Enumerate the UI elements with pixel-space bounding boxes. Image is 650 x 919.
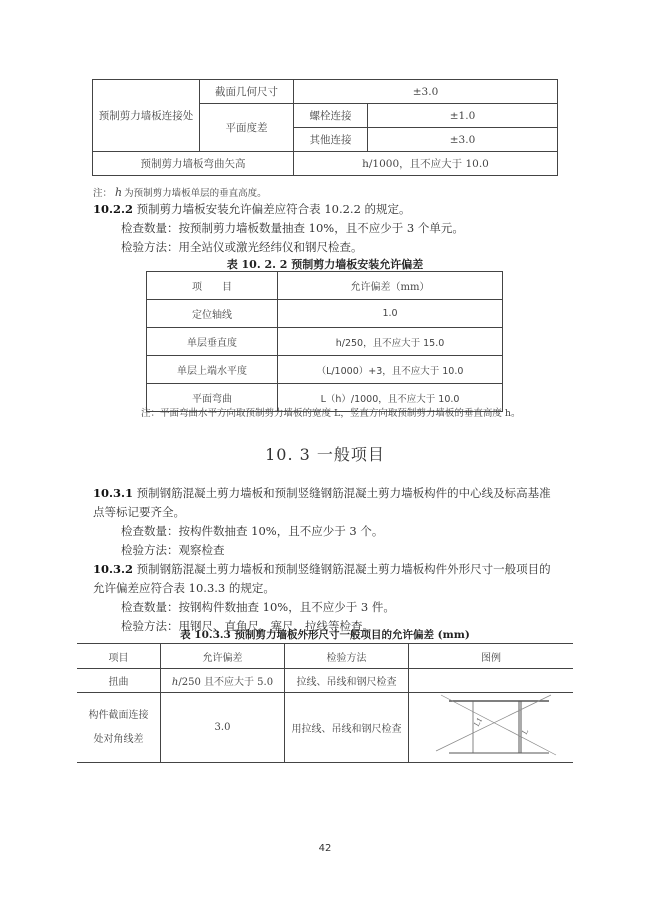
cell-figure: L1 L (409, 693, 574, 763)
cell-value: h/250，且不应大于 15.0 (278, 328, 503, 356)
header-figure: 图例 (409, 644, 574, 669)
diagram-label: L (521, 728, 530, 736)
cell-value: h/1000，且不应大于 10.0 (294, 152, 558, 176)
cell-tolerance: h/250 且不应大于 5.0 (161, 669, 285, 693)
table-caption: 表 10. 2. 2 预制剪力墙板安装允许偏差 (0, 256, 650, 272)
cell-item: 预制剪力墙板弯曲矢高 (93, 152, 294, 176)
cell-value: （L/1000）+3，且不应大于 10.0 (278, 356, 503, 384)
cell-sub: 截面几何尺寸 (200, 80, 294, 104)
clause-number: 10.3.2 (93, 562, 133, 576)
header-item: 项目 (77, 644, 161, 669)
table-caption: 表 10.3.3 预制剪力墙板外形尺寸一般项目的允许偏差 (mm) (0, 627, 650, 642)
clause-10-3-1: 10.3.1 预制钢筋混凝土剪力墙板和预制竖缝钢筋混凝土剪力墙板构件的中心线及标… (93, 484, 551, 503)
item-line: 处对角线差 (77, 728, 160, 752)
table-note: 注： h为预制剪力墙板单层的垂直高度。 (93, 185, 267, 199)
cell-item: 预制剪力墙板连接处 (93, 80, 200, 152)
header-item: 项 目 (147, 272, 278, 300)
diagonal-diagram-icon: L1 L (421, 693, 561, 759)
installation-tolerance-table: 项 目 允许偏差（mm） 定位轴线 1.0 单层垂直度 h/250，且不应大于 … (146, 271, 503, 412)
diagram-label: L1 (473, 716, 484, 728)
check-method: 检验方法：观察检查 (121, 541, 225, 560)
header-tolerance: 允许偏差（mm） (278, 272, 503, 300)
clause-text: 预制剪力墙板安装允许偏差应符合表 10.2.2 的规定。 (137, 202, 411, 216)
clause-text: 预制钢筋混凝土剪力墙板和预制竖缝钢筋混凝土剪力墙板构件外形尺寸一般项目的 (137, 562, 551, 576)
note-var: h (115, 186, 122, 199)
cell-tolerance: 3.0 (161, 693, 285, 763)
cell-method: 拉线、吊线和钢尺检查 (285, 669, 409, 693)
header-tolerance: 允许偏差 (161, 644, 285, 669)
check-quantity: 检查数量：按预制剪力墙板数量抽查 10%，且不应少于 3 个单元。 (121, 219, 464, 238)
clause-number: 10.3.1 (93, 486, 133, 500)
cell-value: 1.0 (278, 300, 503, 328)
check-method: 检验方法：用全站仪或激光经纬仪和钢尺检查。 (121, 238, 363, 257)
header-method: 检验方法 (285, 644, 409, 669)
connection-tolerance-table: 预制剪力墙板连接处 截面几何尺寸 ±3.0 平面度差 螺栓连接 ±1.0 其他连… (92, 79, 558, 176)
cell-sub: 平面度差 (200, 104, 294, 152)
check-quantity: 检查数量：按构件数抽查 10%，且不应少于 3 个。 (121, 522, 383, 541)
section-title: 10. 3 一般项目 (0, 442, 650, 465)
clause-text-cont: 允许偏差应符合表 10.3.3 的规定。 (93, 579, 275, 598)
clause-text: 预制钢筋混凝土剪力墙板和预制竖缝钢筋混凝土剪力墙板构件的中心线及标高基准 (137, 486, 551, 500)
check-quantity: 检查数量：按钢构件数抽查 10%，且不应少于 3 件。 (121, 598, 395, 617)
cell-subsub: 螺栓连接 (294, 104, 368, 128)
page-number: 42 (0, 843, 650, 854)
cell-item: 定位轴线 (147, 300, 278, 328)
cell-item: 扭曲 (77, 669, 161, 693)
clause-text-cont: 点等标记要齐全。 (93, 503, 185, 522)
cell-value: ±1.0 (368, 104, 558, 128)
cell-item: 单层上端水平度 (147, 356, 278, 384)
cell-item: 构件截面连接 处对角线差 (77, 693, 161, 763)
cell-subsub: 其他连接 (294, 128, 368, 152)
cell-method: 用拉线、吊线和钢尺检查 (285, 693, 409, 763)
note-text: 为预制剪力墙板单层的垂直高度。 (124, 188, 267, 199)
clause-10-3-2: 10.3.2 预制钢筋混凝土剪力墙板和预制竖缝钢筋混凝土剪力墙板构件外形尺寸一般… (93, 560, 551, 579)
shape-tolerance-table: 项目 允许偏差 检验方法 图例 扭曲 h/250 且不应大于 5.0 拉线、吊线… (77, 643, 573, 763)
cell-value: ±3.0 (368, 128, 558, 152)
cell-value: ±3.0 (294, 80, 558, 104)
clause-10-2-2: 10.2.2 预制剪力墙板安装允许偏差应符合表 10.2.2 的规定。 (93, 200, 411, 219)
clause-number: 10.2.2 (93, 202, 133, 216)
table-note: 注：平面弯曲水平方向取预制剪力墙板的宽度 L，竖直方向取预制剪力墙板的垂直高度 … (141, 405, 520, 419)
cell-figure (409, 669, 574, 693)
cell-item: 单层垂直度 (147, 328, 278, 356)
note-prefix: 注： (93, 188, 112, 199)
tolerance-text: /250 且不应大于 5.0 (178, 677, 273, 688)
item-line: 构件截面连接 (77, 704, 160, 728)
